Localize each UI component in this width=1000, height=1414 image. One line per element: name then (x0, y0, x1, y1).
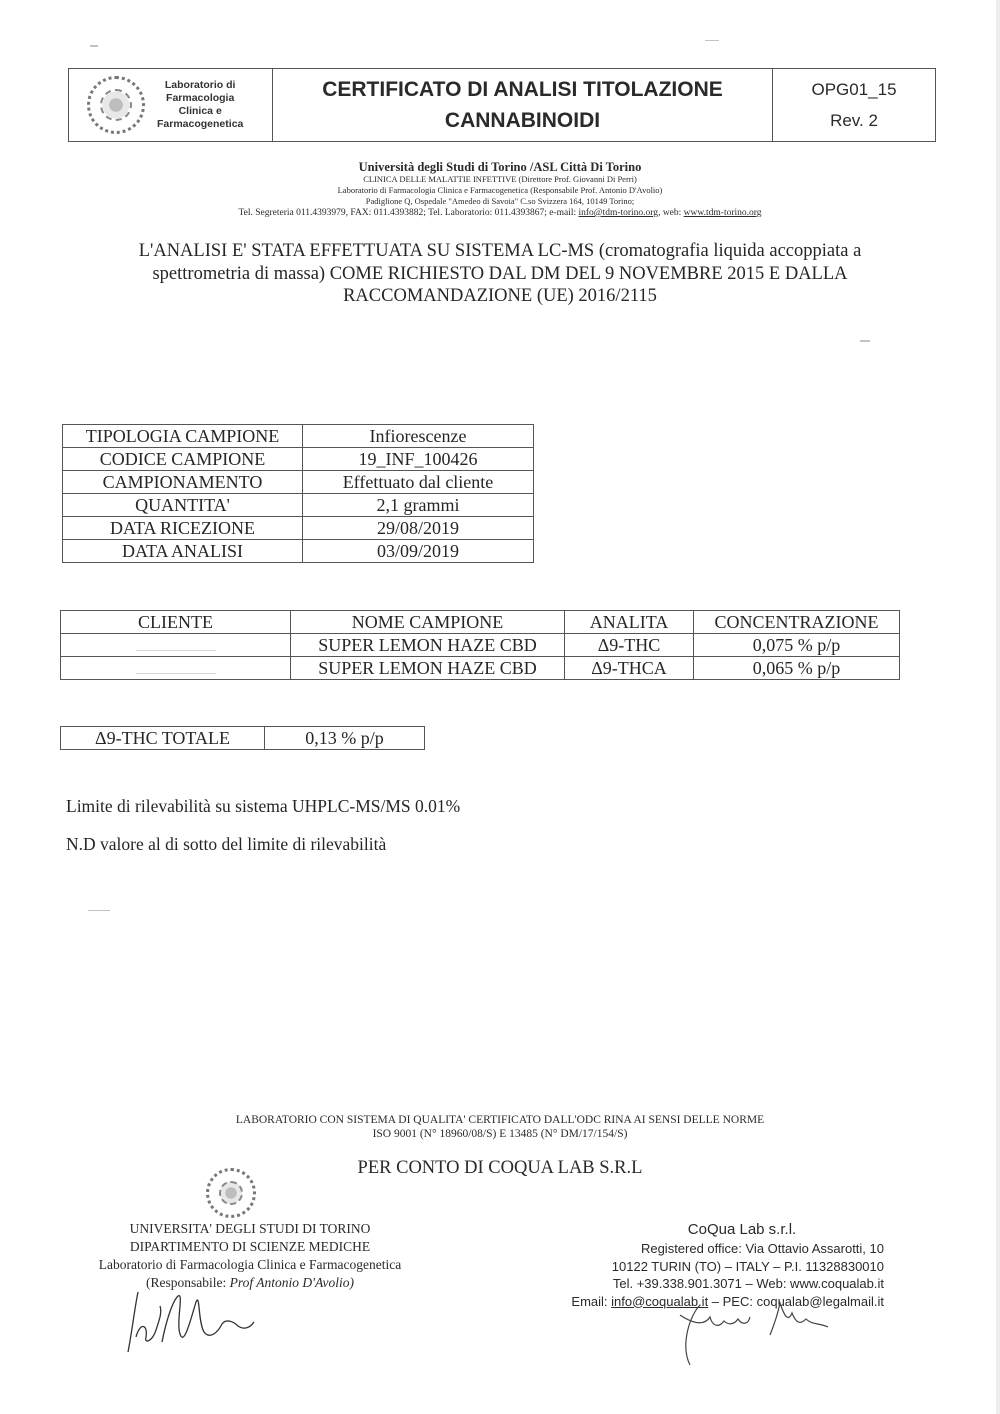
sample-info-label: CAMPIONAMENTO (63, 471, 303, 494)
document-header: Laboratorio di Farmacologia Clinica e Fa… (68, 68, 936, 142)
university-contacts: Tel. Segreteria 011.4393979, FAX: 011.43… (0, 207, 1000, 220)
cliente-cell (61, 657, 291, 680)
nome-campione-cell: SUPER LEMON HAZE CBD (291, 634, 565, 657)
nd-note: N.D valore al di sotto del limite di ril… (66, 834, 386, 855)
analysis-statement: L'ANALISI E' STATA EFFETTUATA SU SISTEMA… (60, 240, 940, 308)
lab-name: Laboratorio di Farmacologia Clinica e Fa… (157, 79, 243, 131)
sample-info-row: CAMPIONAMENTOEffettuato dal cliente (63, 471, 534, 494)
table-row: SUPER LEMON HAZE CBDΔ9-THC0,075 % p/p (61, 634, 900, 657)
university-info: Università degli Studi di Torino /ASL Ci… (0, 160, 1000, 220)
on-behalf-statement: PER CONTO DI COQUA LAB S.R.L (0, 1158, 1000, 1179)
detection-limit-note: Limite di rilevabilità su sistema UHPLC-… (66, 796, 460, 817)
sample-info-label: TIPOLOGIA CAMPIONE (63, 425, 303, 448)
university-seal-icon (206, 1168, 256, 1218)
cliente-cell (61, 634, 291, 657)
sample-info-value: Effettuato dal cliente (303, 471, 534, 494)
lab-logo-cell: Laboratorio di Farmacologia Clinica e Fa… (69, 69, 273, 141)
analita-cell: Δ9-THCA (565, 657, 694, 680)
scan-edge (996, 0, 1000, 1414)
scan-artifact (90, 45, 98, 47)
sample-info-label: DATA ANALISI (63, 540, 303, 563)
total-thc-table: Δ9-THC TOTALE 0,13 % p/p (60, 726, 425, 750)
document-revision: Rev. 2 (830, 105, 878, 136)
sample-info-row: QUANTITA'2,1 grammi (63, 494, 534, 517)
sample-info-row: CODICE CAMPIONE19_INF_100426 (63, 448, 534, 471)
document-title: CERTIFICATO DI ANALISI TITOLAZIONE CANNA… (273, 69, 773, 141)
nome-campione-cell: SUPER LEMON HAZE CBD (291, 657, 565, 680)
university-web-link[interactable]: www.tdm-torino.org (684, 208, 762, 218)
sample-info-row: DATA ANALISI03/09/2019 (63, 540, 534, 563)
university-email-link[interactable]: info@tdm-torino.org (579, 208, 659, 218)
total-row: Δ9-THC TOTALE 0,13 % p/p (61, 727, 425, 750)
analita-cell: Δ9-THC (565, 634, 694, 657)
column-header-cliente: CLIENTE (61, 611, 291, 634)
sample-info-value: Infiorescenze (303, 425, 534, 448)
results-table: CLIENTE NOME CAMPIONE ANALITA CONCENTRAZ… (60, 610, 900, 680)
document-code-cell: OPG01_15 Rev. 2 (773, 69, 935, 141)
column-header-nome-campione: NOME CAMPIONE (291, 611, 565, 634)
sample-info-value: 03/09/2019 (303, 540, 534, 563)
sample-info-value: 2,1 grammi (303, 494, 534, 517)
concentrazione-cell: 0,065 % p/p (694, 657, 900, 680)
column-header-analita: ANALITA (565, 611, 694, 634)
signature-right-icon (650, 1295, 850, 1370)
signature-left-icon (118, 1282, 278, 1362)
column-header-concentrazione: CONCENTRAZIONE (694, 611, 900, 634)
sample-info-value: 19_INF_100426 (303, 448, 534, 471)
scan-artifact (705, 40, 719, 41)
table-row: SUPER LEMON HAZE CBDΔ9-THCA0,065 % p/p (61, 657, 900, 680)
coqua-lab-name: CoQua Lab s.r.l. (520, 1220, 884, 1240)
sample-info-row: TIPOLOGIA CAMPIONEInfiorescenze (63, 425, 534, 448)
sample-info-row: DATA RICEZIONE29/08/2019 (63, 517, 534, 540)
sample-info-label: CODICE CAMPIONE (63, 448, 303, 471)
concentrazione-cell: 0,075 % p/p (694, 634, 900, 657)
sample-info-table: TIPOLOGIA CAMPIONEInfiorescenzeCODICE CA… (62, 424, 534, 563)
university-seal-icon (87, 76, 145, 134)
results-header-row: CLIENTE NOME CAMPIONE ANALITA CONCENTRAZ… (61, 611, 900, 634)
sample-info-label: DATA RICEZIONE (63, 517, 303, 540)
certification-statement: LABORATORIO CON SISTEMA DI QUALITA' CERT… (0, 1113, 1000, 1141)
sample-info-value: 29/08/2019 (303, 517, 534, 540)
scan-artifact (88, 910, 110, 911)
redacted-client (136, 646, 216, 651)
sample-info-label: QUANTITA' (63, 494, 303, 517)
scan-artifact (860, 340, 870, 342)
total-label: Δ9-THC TOTALE (61, 727, 265, 750)
redacted-client (136, 669, 216, 674)
document-code: OPG01_15 (811, 74, 896, 105)
total-value: 0,13 % p/p (265, 727, 425, 750)
